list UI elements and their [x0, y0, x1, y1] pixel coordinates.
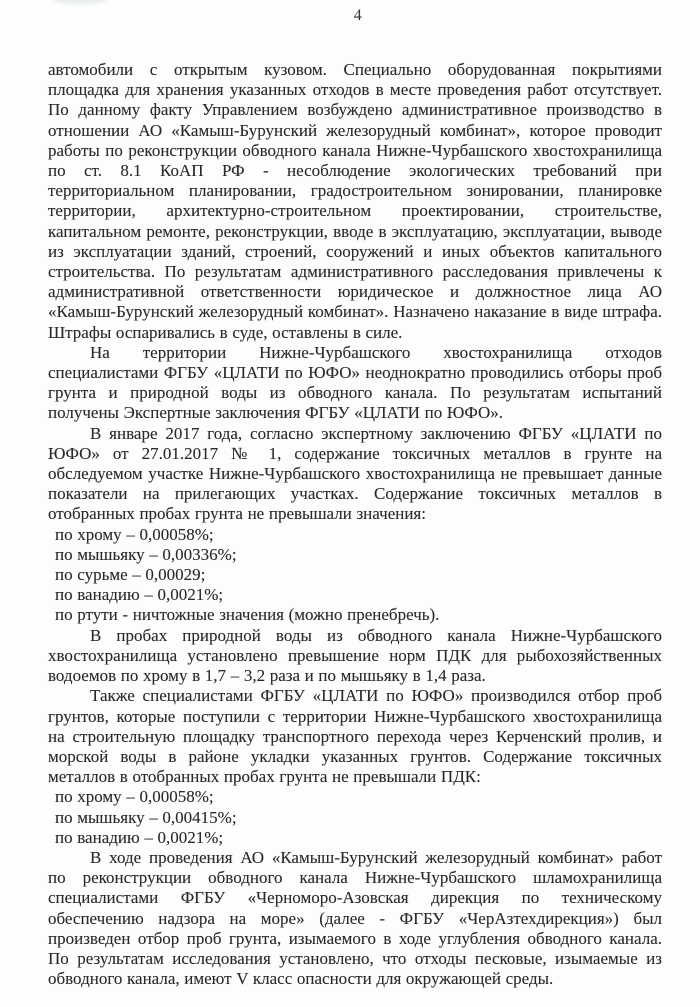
body-paragraph: Также специалистами ФГБУ «ЦЛАТИ по ЮФО» …	[48, 686, 662, 787]
measurement-line-chromium: по хрому – 0,00058%;	[48, 525, 662, 545]
measurement-line-vanadium: по ванадию – 0,0021%;	[48, 585, 662, 605]
measurement-line-arsenic-2: по мышьяку – 0,00415%;	[48, 808, 662, 828]
body-paragraph: В ходе проведения АО «Камыш-Бурунский же…	[48, 848, 662, 989]
document-page: 4 автомобили с открытым кузовом. Специал…	[0, 0, 700, 1007]
document-text-body: автомобили с открытым кузовом. Специальн…	[48, 60, 662, 989]
measurement-line-chromium-2: по хрому – 0,00058%;	[48, 787, 662, 807]
measurement-line-antimony: по сурьме – 0,00029;	[48, 565, 662, 585]
body-paragraph: В пробах природной воды из обводного кан…	[48, 626, 662, 687]
body-paragraph: автомобили с открытым кузовом. Специальн…	[48, 60, 662, 343]
body-paragraph: На территории Нижне-Чурбашского хвостохр…	[48, 343, 662, 424]
measurement-line-vanadium-2: по ванадию – 0,0021%;	[48, 828, 662, 848]
measurement-line-mercury: по ртути - ничтожные значения (можно пре…	[48, 605, 662, 625]
measurement-line-arsenic: по мышьяку – 0,00336%;	[48, 545, 662, 565]
body-paragraph: В январе 2017 года, согласно экспертному…	[48, 424, 662, 525]
page-number: 4	[0, 7, 700, 25]
scan-artifact-smudge	[54, 0, 106, 4]
